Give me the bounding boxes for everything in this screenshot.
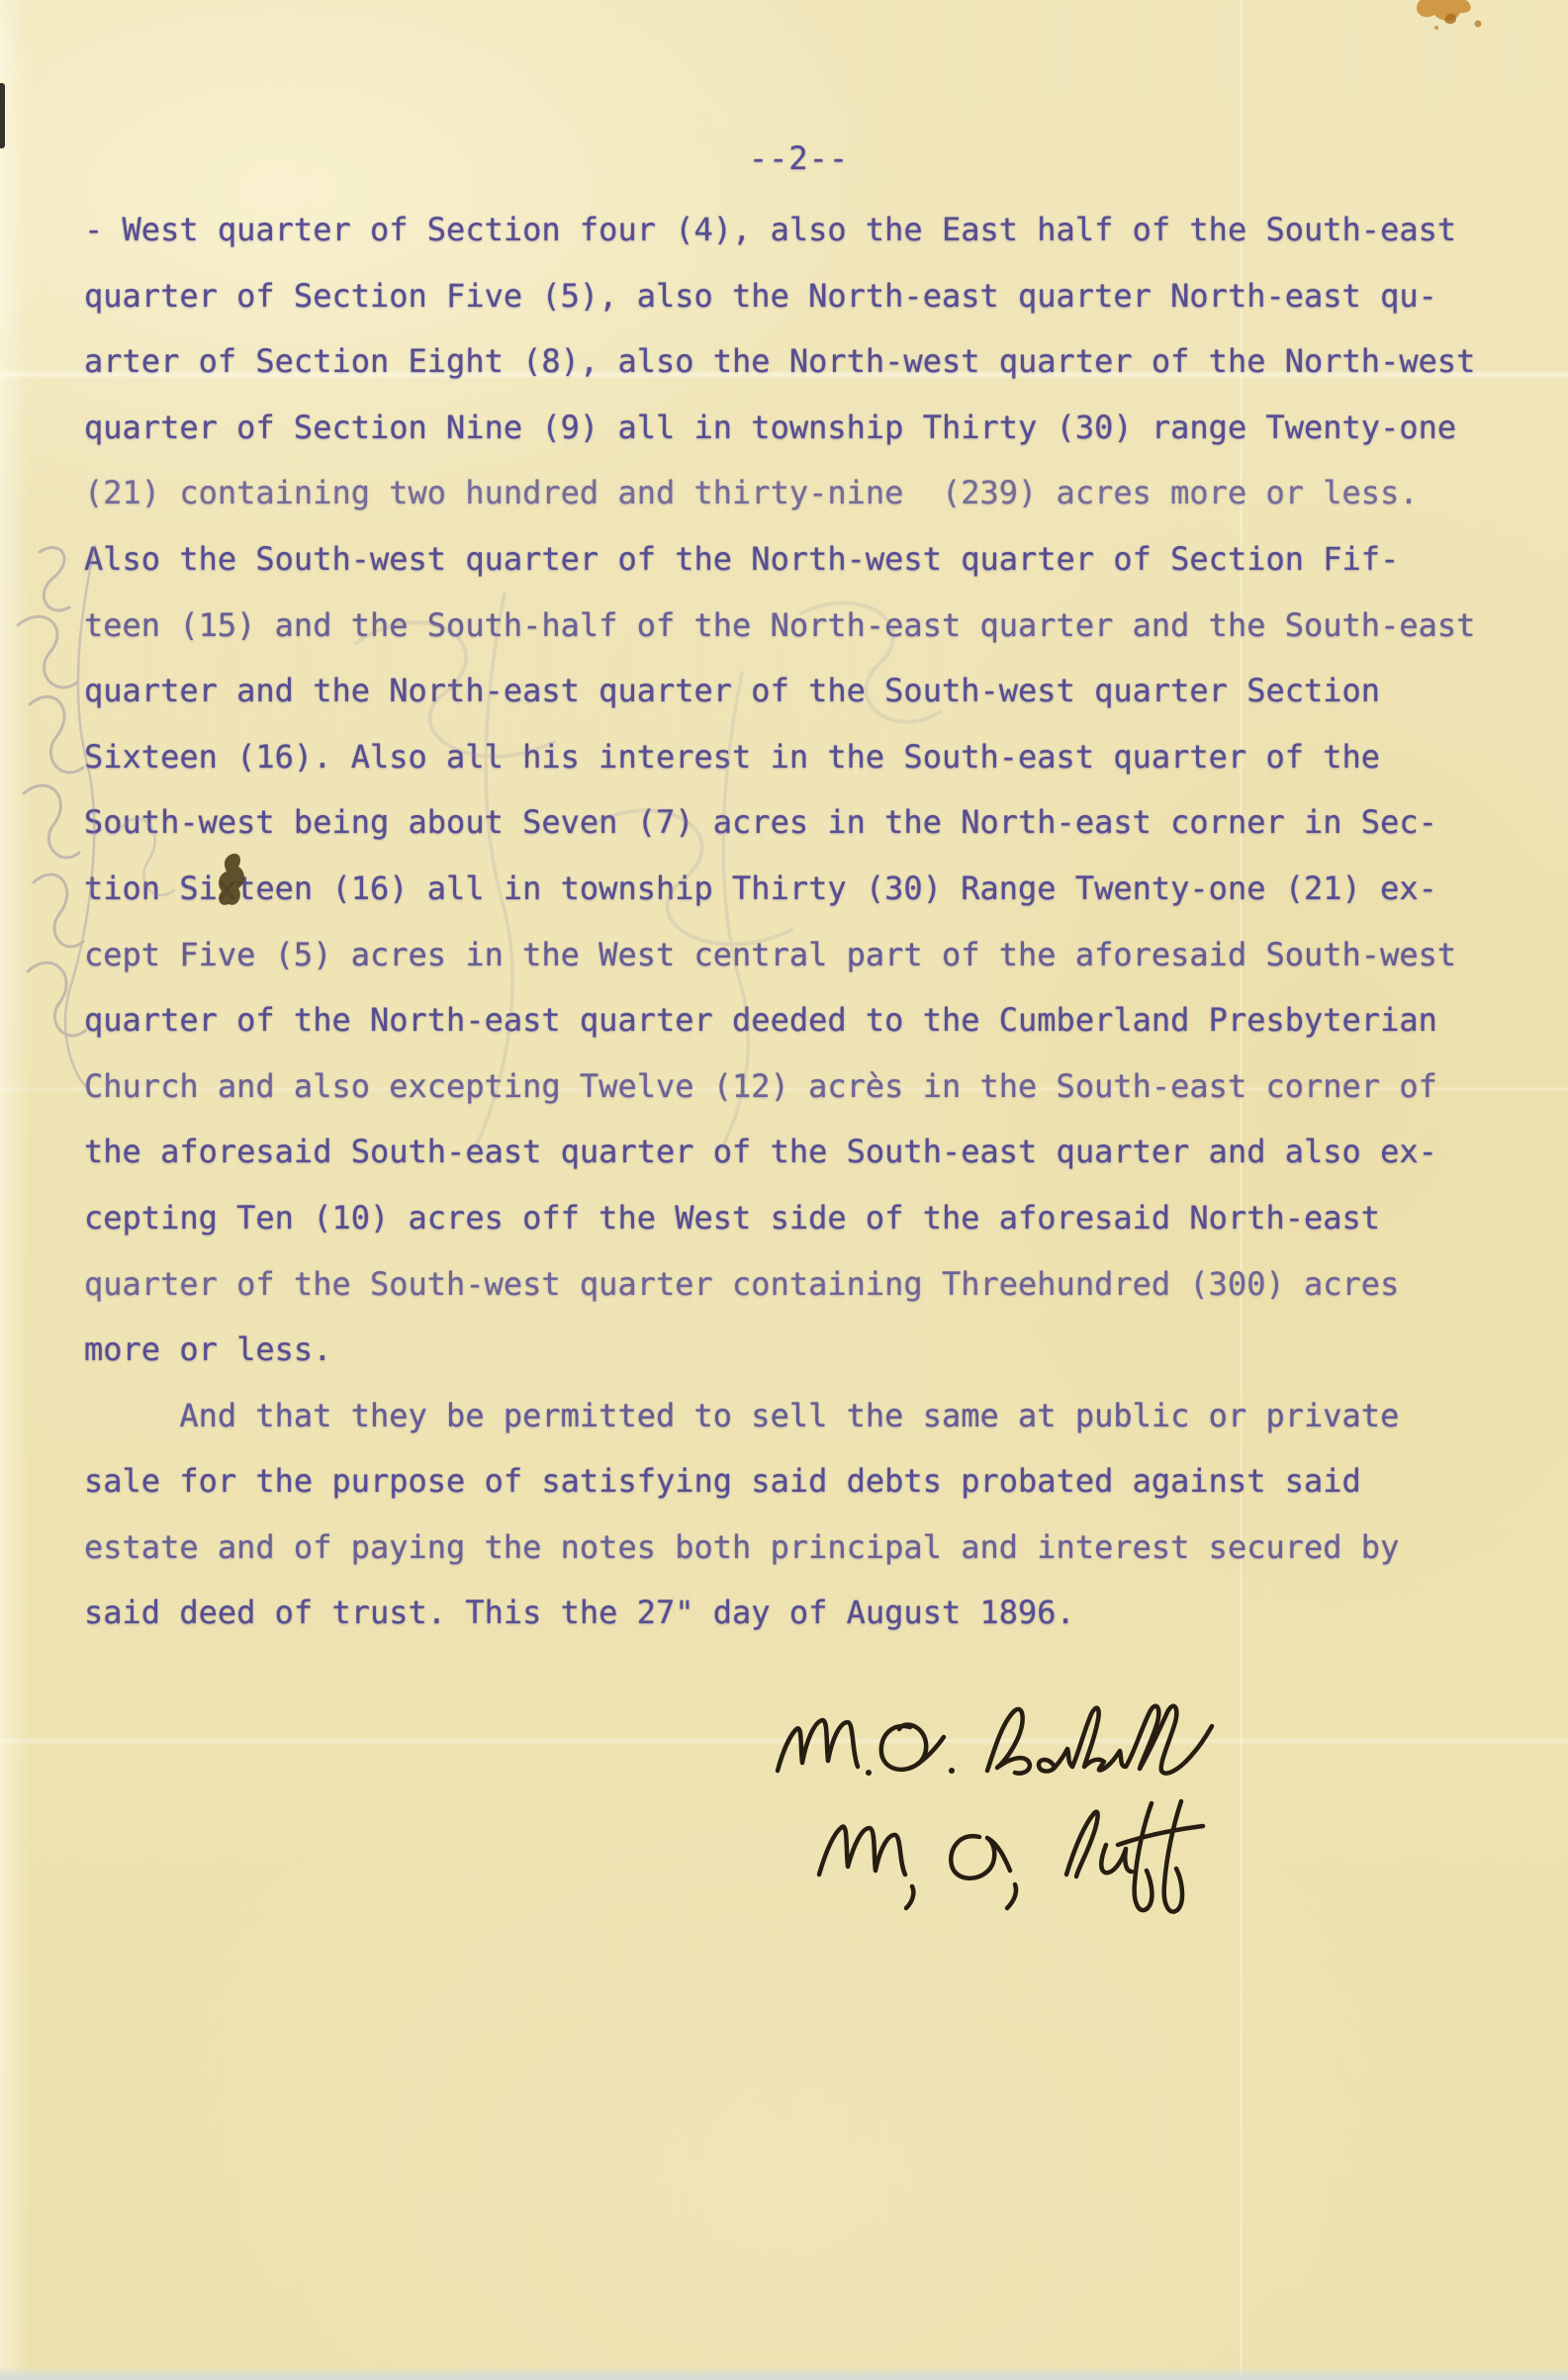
typed-line: quarter of the South-west quarter contai… <box>84 1251 1528 1318</box>
scan-edge-highlight <box>0 0 30 2380</box>
document-page: --2-- - West quarter of Section four (4)… <box>0 0 1568 2380</box>
stain <box>1393 0 1522 47</box>
typed-line: And that they be permitted to sell the s… <box>84 1383 1528 1449</box>
typed-line: sale for the purpose of satisfying said … <box>84 1448 1528 1514</box>
signature-bedell <box>762 1652 1256 1790</box>
pencil-marginalia <box>0 534 356 1187</box>
typed-line: estate and of paying the notes both prin… <box>84 1514 1528 1581</box>
typed-line: (21) containing two hundred and thirty-n… <box>84 460 1528 526</box>
typed-line: arter of Section Eight (8), also the Nor… <box>84 328 1528 395</box>
typed-line: - West quarter of Section four (4), also… <box>84 197 1528 263</box>
scan-bottom-edge <box>0 2366 1568 2380</box>
ink-blot <box>216 851 249 912</box>
pencil-scribbles <box>326 554 960 1167</box>
typed-line: more or less. <box>84 1317 1528 1383</box>
typed-line: said deed of trust. This the 27" day of … <box>84 1580 1528 1646</box>
typed-line: quarter of Section Nine (9) all in towns… <box>84 395 1528 461</box>
typed-line: quarter of Section Five (5), also the No… <box>84 263 1528 329</box>
typed-line: cepting Ten (10) acres off the West side… <box>84 1185 1528 1251</box>
page-number: --2-- <box>0 138 1568 178</box>
signature-huff <box>801 1776 1237 1924</box>
